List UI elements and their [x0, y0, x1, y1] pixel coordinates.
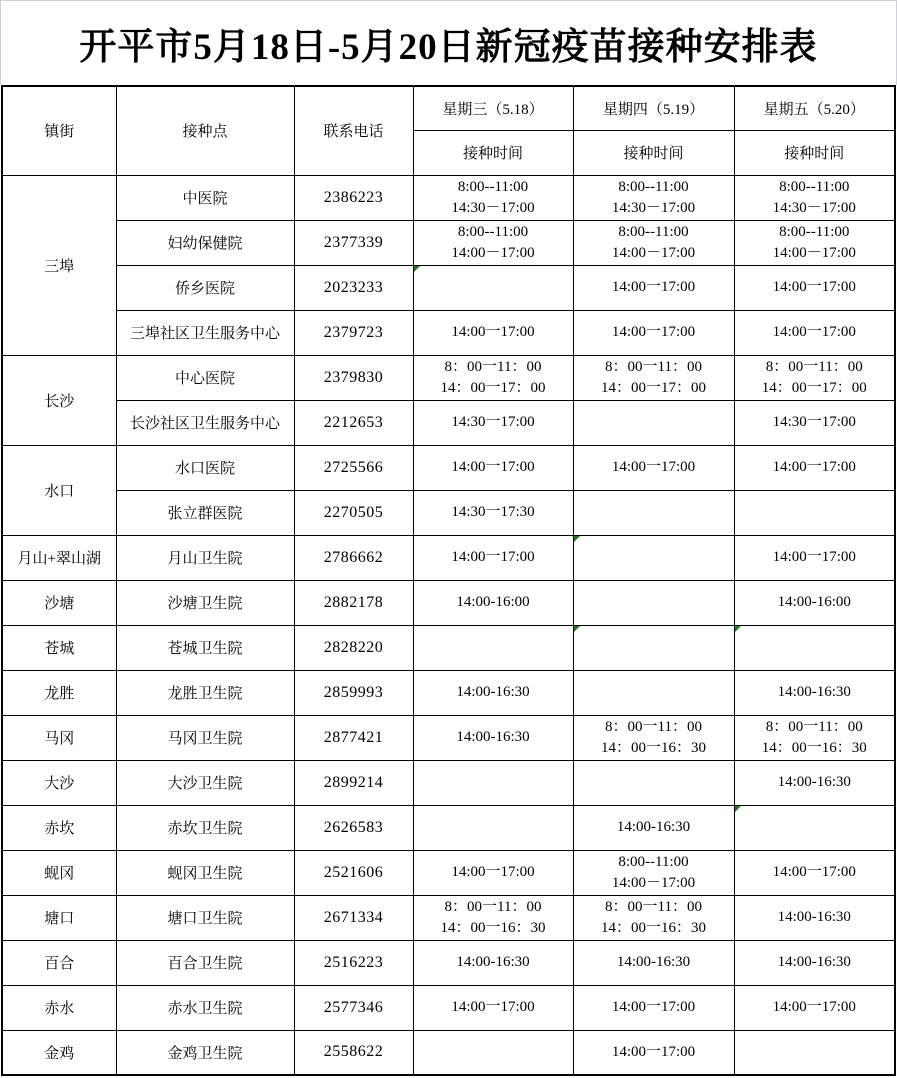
time-cell: 8：00一11：00 14：00一17：00	[573, 355, 734, 400]
town-cell: 沙塘	[2, 580, 116, 625]
phone-cell: 2379723	[294, 310, 413, 355]
site-cell: 百合卫生院	[116, 940, 294, 985]
header-row-days: 镇街 接种点 联系电话 星期三（5.18） 星期四（5.19） 星期五（5.20…	[2, 86, 895, 130]
time-cell: 14:00一17:00	[413, 445, 573, 490]
town-cell: 苍城	[2, 625, 116, 670]
header-town: 镇街	[2, 86, 116, 175]
time-cell: 14:00一17:00	[413, 985, 573, 1030]
header-time-thursday: 接种时间	[573, 130, 734, 175]
table-row: 龙胜 龙胜卫生院 2859993 14:00-16:30 14:00-16:30	[2, 670, 895, 715]
site-cell: 中医院	[116, 175, 294, 220]
time-cell	[413, 1030, 573, 1075]
time-cell: 14:00一17:00	[734, 265, 895, 310]
time-cell: 14:00一17:00	[734, 535, 895, 580]
site-cell: 水口医院	[116, 445, 294, 490]
table-row: 月山+翠山湖 月山卫生院 2786662 14:00一17:00 14:00一1…	[2, 535, 895, 580]
town-cell: 百合	[2, 940, 116, 985]
time-cell: 8：00一11：00 14：00一16：30	[573, 715, 734, 760]
table-row: 侨乡医院 2023233 14:00一17:00 14:00一17:00	[2, 265, 895, 310]
time-cell: 14:00一17:00	[573, 985, 734, 1030]
vaccination-schedule-table: 镇街 接种点 联系电话 星期三（5.18） 星期四（5.19） 星期五（5.20…	[1, 85, 896, 1076]
time-cell: 14:00-16:00	[734, 580, 895, 625]
phone-cell: 2023233	[294, 265, 413, 310]
title-block: 开平市5月18日-5月20日新冠疫苗接种安排表	[0, 0, 897, 85]
phone-cell: 2671334	[294, 895, 413, 940]
site-cell: 金鸡卫生院	[116, 1030, 294, 1075]
town-cell: 赤水	[2, 985, 116, 1030]
table-row: 马冈 马冈卫生院 2877421 14:00-16:30 8：00一11：00 …	[2, 715, 895, 760]
table-row: 金鸡 金鸡卫生院 2558622 14:00一17:00	[2, 1030, 895, 1075]
time-cell	[573, 760, 734, 805]
time-cell	[573, 670, 734, 715]
comment-marker-icon	[574, 626, 580, 632]
comment-marker-icon	[735, 806, 741, 812]
town-cell: 龙胜	[2, 670, 116, 715]
time-cell	[413, 805, 573, 850]
site-cell: 三埠社区卫生服务中心	[116, 310, 294, 355]
phone-cell: 2828220	[294, 625, 413, 670]
header-day-thursday: 星期四（5.19）	[573, 86, 734, 130]
time-cell	[734, 805, 895, 850]
time-cell: 14:00一17:00	[413, 535, 573, 580]
site-cell: 苍城卫生院	[116, 625, 294, 670]
time-cell: 14:00一17:00	[734, 310, 895, 355]
comment-marker-icon	[574, 536, 580, 542]
time-cell	[734, 490, 895, 535]
time-cell: 8:00--11:00 14:30－17:00	[573, 175, 734, 220]
time-cell: 8：00一11：00 14：00一16：30	[734, 715, 895, 760]
time-cell	[734, 625, 895, 670]
time-cell	[573, 490, 734, 535]
time-cell: 8:00--11:00 14:30－17:00	[734, 175, 895, 220]
site-cell: 沙塘卫生院	[116, 580, 294, 625]
header-day-wednesday: 星期三（5.18）	[413, 86, 573, 130]
time-cell: 14:30一17:30	[413, 490, 573, 535]
phone-cell: 2877421	[294, 715, 413, 760]
time-cell: 8:00--11:00 14:00－17:00	[734, 220, 895, 265]
site-cell: 妇幼保健院	[116, 220, 294, 265]
phone-cell: 2516223	[294, 940, 413, 985]
header-day-friday: 星期五（5.20）	[734, 86, 895, 130]
time-cell: 14:00-16:30	[734, 940, 895, 985]
time-cell: 14:00一17:00	[413, 310, 573, 355]
site-cell: 中心医院	[116, 355, 294, 400]
comment-marker-icon	[414, 266, 420, 272]
time-cell: 8:00--11:00 14:00－17:00	[573, 220, 734, 265]
time-cell: 14:00一17:00	[734, 985, 895, 1030]
time-cell: 14:00-16:00	[413, 580, 573, 625]
table-row: 三埠社区卫生服务中心 2379723 14:00一17:00 14:00一17:…	[2, 310, 895, 355]
site-cell: 大沙卫生院	[116, 760, 294, 805]
time-cell: 14:00一17:00	[573, 1030, 734, 1075]
time-cell	[734, 1030, 895, 1075]
table-row: 百合 百合卫生院 2516223 14:00-16:30 14:00-16:30…	[2, 940, 895, 985]
phone-cell: 2386223	[294, 175, 413, 220]
table-row: 水口 水口医院 2725566 14:00一17:00 14:00一17:00 …	[2, 445, 895, 490]
phone-cell: 2377339	[294, 220, 413, 265]
time-cell: 8：00一11：00 14：00一16：30	[573, 895, 734, 940]
town-cell: 金鸡	[2, 1030, 116, 1075]
phone-cell: 2521606	[294, 850, 413, 895]
town-cell: 长沙	[2, 355, 116, 445]
town-cell: 塘口	[2, 895, 116, 940]
table-row: 三埠 中医院 2386223 8:00--11:00 14:30－17:00 8…	[2, 175, 895, 220]
time-cell: 14:00-16:30	[413, 670, 573, 715]
time-cell: 14:00-16:30	[573, 940, 734, 985]
site-cell: 长沙社区卫生服务中心	[116, 400, 294, 445]
time-cell: 14:00-16:30	[734, 670, 895, 715]
site-cell: 月山卫生院	[116, 535, 294, 580]
table-row: 沙塘 沙塘卫生院 2882178 14:00-16:00 14:00-16:00	[2, 580, 895, 625]
table-row: 大沙 大沙卫生院 2899214 14:00-16:30	[2, 760, 895, 805]
time-cell: 14:00一17:00	[573, 310, 734, 355]
time-cell	[413, 760, 573, 805]
time-cell	[573, 535, 734, 580]
schedule-sheet: 开平市5月18日-5月20日新冠疫苗接种安排表 镇街 接种点 联系电话 星期三（…	[0, 0, 897, 1078]
town-cell: 赤坎	[2, 805, 116, 850]
table-row: 赤水 赤水卫生院 2577346 14:00一17:00 14:00一17:00…	[2, 985, 895, 1030]
town-cell: 马冈	[2, 715, 116, 760]
town-cell: 大沙	[2, 760, 116, 805]
phone-cell: 2270505	[294, 490, 413, 535]
time-cell: 14:00-16:30	[573, 805, 734, 850]
table-row: 苍城 苍城卫生院 2828220	[2, 625, 895, 670]
phone-cell: 2212653	[294, 400, 413, 445]
time-cell: 14:00-16:30	[413, 940, 573, 985]
time-cell: 14:00-16:30	[734, 895, 895, 940]
site-cell: 龙胜卫生院	[116, 670, 294, 715]
time-cell: 8：00一11：00 14：00一17：00	[734, 355, 895, 400]
table-row: 长沙社区卫生服务中心 2212653 14:30一17:00 14:30一17:…	[2, 400, 895, 445]
phone-cell: 2899214	[294, 760, 413, 805]
town-cell: 水口	[2, 445, 116, 535]
site-cell: 赤水卫生院	[116, 985, 294, 1030]
time-cell: 8:00--11:00 14:00－17:00	[413, 220, 573, 265]
time-cell: 8:00--11:00 14:30－17:00	[413, 175, 573, 220]
town-cell: 月山+翠山湖	[2, 535, 116, 580]
time-cell: 14:30一17:00	[734, 400, 895, 445]
header-time-wednesday: 接种时间	[413, 130, 573, 175]
table-row: 赤坎 赤坎卫生院 2626583 14:00-16:30	[2, 805, 895, 850]
phone-cell: 2859993	[294, 670, 413, 715]
table-row: 长沙 中心医院 2379830 8：00一11：00 14：00一17：00 8…	[2, 355, 895, 400]
time-cell: 14:00一17:00	[734, 850, 895, 895]
phone-cell: 2882178	[294, 580, 413, 625]
time-cell: 8：00一11：00 14：00一16：30	[413, 895, 573, 940]
phone-cell: 2379830	[294, 355, 413, 400]
header-phone: 联系电话	[294, 86, 413, 175]
header-time-friday: 接种时间	[734, 130, 895, 175]
table-row: 蚬冈 蚬冈卫生院 2521606 14:00一17:00 8:00--11:00…	[2, 850, 895, 895]
time-cell: 8：00一11：00 14：00一17：00	[413, 355, 573, 400]
comment-marker-icon	[735, 626, 741, 632]
town-cell: 三埠	[2, 175, 116, 355]
time-cell	[573, 400, 734, 445]
time-cell	[573, 580, 734, 625]
time-cell	[413, 265, 573, 310]
table-row: 张立群医院 2270505 14:30一17:30	[2, 490, 895, 535]
time-cell: 14:00一17:00	[413, 850, 573, 895]
time-cell: 8:00--11:00 14:00－17:00	[573, 850, 734, 895]
site-cell: 马冈卫生院	[116, 715, 294, 760]
site-cell: 张立群医院	[116, 490, 294, 535]
site-cell: 赤坎卫生院	[116, 805, 294, 850]
phone-cell: 2626583	[294, 805, 413, 850]
phone-cell: 2786662	[294, 535, 413, 580]
site-cell: 蚬冈卫生院	[116, 850, 294, 895]
header-site: 接种点	[116, 86, 294, 175]
page-title: 开平市5月18日-5月20日新冠疫苗接种安排表	[79, 16, 817, 70]
table-row: 塘口 塘口卫生院 2671334 8：00一11：00 14：00一16：30 …	[2, 895, 895, 940]
time-cell: 14:00一17:00	[573, 445, 734, 490]
time-cell: 14:00-16:30	[734, 760, 895, 805]
time-cell	[573, 625, 734, 670]
phone-cell: 2558622	[294, 1030, 413, 1075]
time-cell: 14:00-16:30	[413, 715, 573, 760]
phone-cell: 2725566	[294, 445, 413, 490]
site-cell: 侨乡医院	[116, 265, 294, 310]
time-cell	[413, 625, 573, 670]
town-cell: 蚬冈	[2, 850, 116, 895]
site-cell: 塘口卫生院	[116, 895, 294, 940]
table-row: 妇幼保健院 2377339 8:00--11:00 14:00－17:00 8:…	[2, 220, 895, 265]
time-cell: 14:30一17:00	[413, 400, 573, 445]
time-cell: 14:00一17:00	[734, 445, 895, 490]
time-cell: 14:00一17:00	[573, 265, 734, 310]
phone-cell: 2577346	[294, 985, 413, 1030]
